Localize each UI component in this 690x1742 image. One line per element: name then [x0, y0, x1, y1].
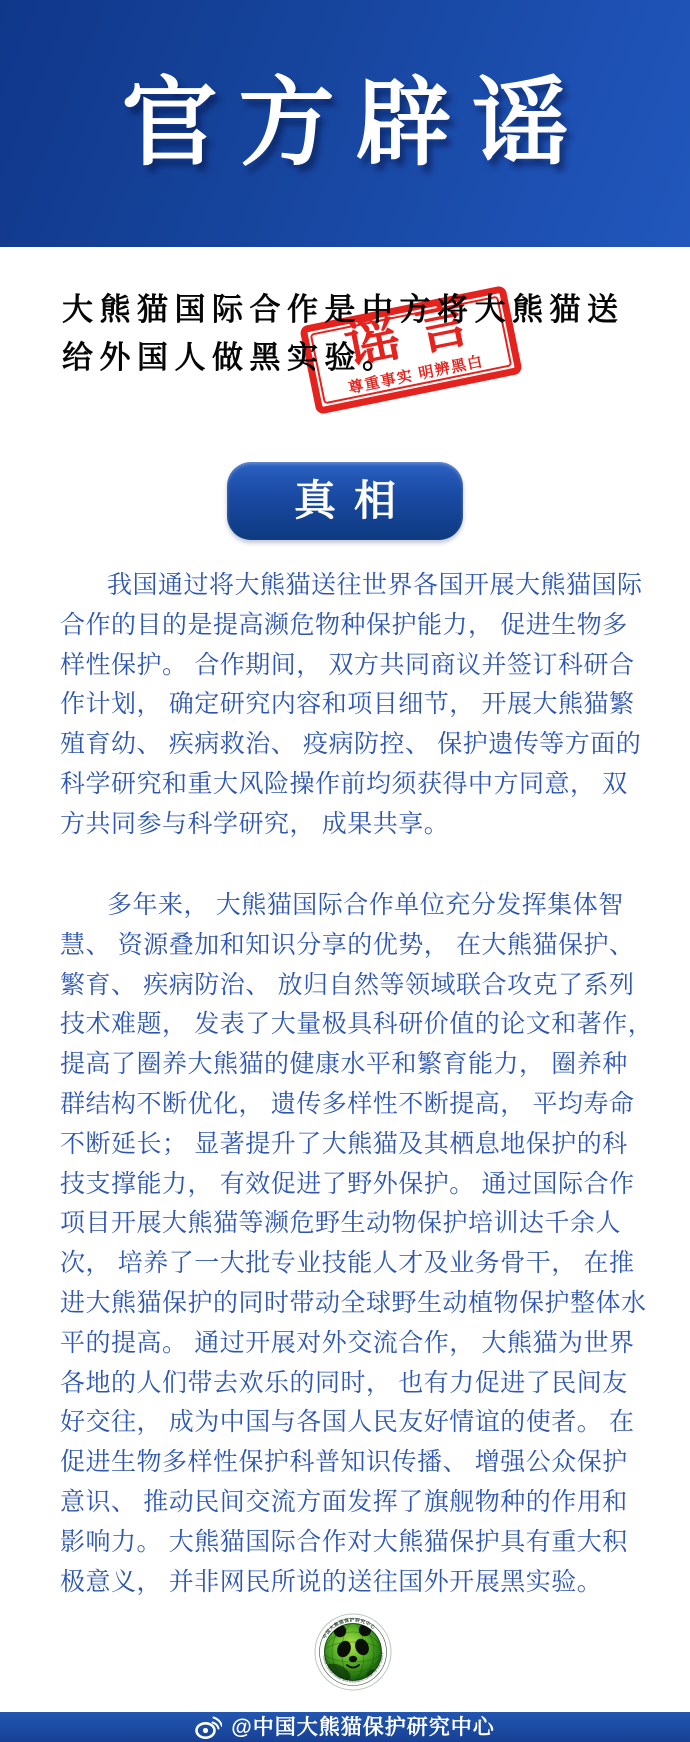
panda-center-logo: 中国大熊猫保护研究中心 China Conservation and Resea…	[314, 1613, 392, 1691]
body-paragraph-2: 多年来， 大熊猫国际合作单位充分发挥集体智 慧、 资源叠加和知识分享的优势， 在…	[60, 886, 665, 1602]
panda-globe-icon: 中国大熊猫保护研究中心 China Conservation and Resea…	[314, 1613, 392, 1691]
truth-button-label: 真相	[276, 480, 414, 522]
truth-button[interactable]: 真相	[227, 462, 463, 540]
weibo-icon	[195, 1716, 222, 1739]
page-title: 官方辟谣	[101, 76, 590, 172]
header-band: 官方辟谣	[0, 0, 690, 247]
footer-handle: @中国大熊猫保护研究中心	[231, 1717, 494, 1738]
footer-bar: @中国大熊猫保护研究中心	[0, 1712, 690, 1742]
rumor-debunk-poster: 官方辟谣 大熊猫国际合作是中方将大熊猫送 给外国人做黑实验。 谣言 尊重事实 明…	[0, 0, 690, 1742]
body-paragraph-1: 我国通过将大熊猫送往世界各国开展大熊猫国际 合作的目的是提高濒危物种保护能力， …	[60, 566, 665, 845]
